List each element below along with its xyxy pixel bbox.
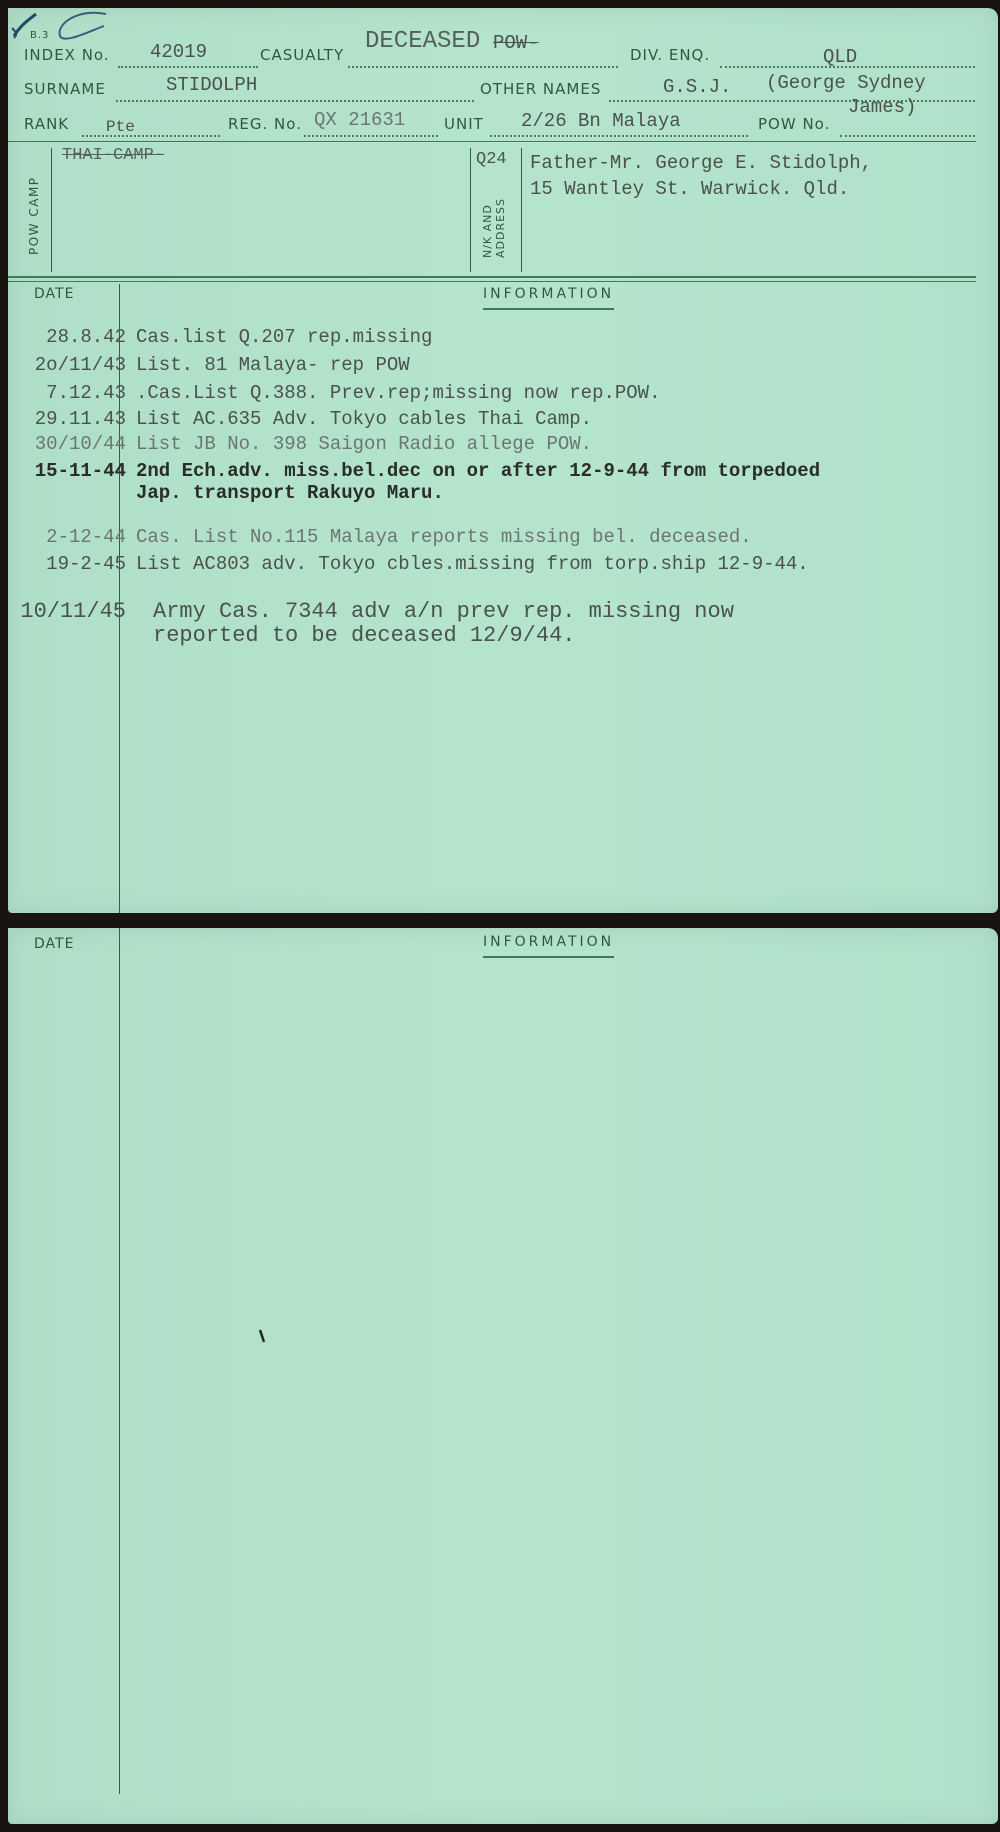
nok-label-line1: N/K AND <box>481 204 494 258</box>
rank-value: Pte <box>106 118 135 136</box>
entry-date: 29.11.43 <box>8 408 126 430</box>
nok-label-line2: ADDRESS <box>494 198 507 258</box>
pow-camp-label: POW CAMP <box>28 176 41 255</box>
date-column-header: DATE <box>34 286 74 302</box>
surname-value: STIDOLPH <box>166 74 257 96</box>
entry-text: 2nd Ech.adv. miss.bel.dec on or after 12… <box>136 460 820 504</box>
entry-text: List AC803 adv. Tokyo cbles.missing from… <box>136 553 809 575</box>
pen-annotation-mark <box>8 8 118 48</box>
casualty-index-card-reverse: DATE INFORMATION <box>8 928 998 1824</box>
date-column-header-reverse: DATE <box>34 936 74 952</box>
entry-date: 7.12.43 <box>8 382 126 404</box>
entry-date: 15-11-44 <box>8 460 126 482</box>
nok-address-line1: Father-Mr. George E. Stidolph, <box>530 152 872 174</box>
ink-speck <box>258 1328 268 1348</box>
index-no-label: INDEX No. <box>24 46 110 64</box>
casualty-index-card: B.3 INDEX No. 42019 CASUALTY DECEASED PO… <box>8 8 998 913</box>
entry-date: 30/10/44 <box>8 433 126 455</box>
entry-text: .Cas.List Q.388. Prev.rep;missing now re… <box>136 382 661 404</box>
entry-date: 2o/11/43 <box>8 354 126 376</box>
pow-camp-value: THAI-CAMP- <box>62 146 164 165</box>
unit-value: 2/26 Bn Malaya <box>521 110 681 132</box>
entry-text: Cas. List No.115 Malaya reports missing … <box>136 526 752 548</box>
entry-text: List AC.635 Adv. Tokyo cables Thai Camp. <box>136 408 592 430</box>
rank-label: RANK <box>24 115 69 133</box>
pow-no-label: POW No. <box>758 115 830 133</box>
nok-code: Q24 <box>476 150 507 169</box>
reg-no-label: REG. No. <box>228 115 302 133</box>
information-column-header: INFORMATION <box>483 286 614 310</box>
entry-text: List JB No. 398 Saigon Radio allege POW. <box>136 433 592 455</box>
information-column-header-reverse: INFORMATION <box>483 934 614 958</box>
other-names-label: OTHER NAMES <box>480 80 601 98</box>
surname-label: SURNAME <box>24 80 106 98</box>
unit-label: UNIT <box>444 115 484 133</box>
entry-date: 2-12-44 <box>8 526 126 548</box>
div-enq-label: DIV. ENQ. <box>630 46 710 64</box>
casualty-struck-value: POW- <box>493 32 539 54</box>
entry-text: Cas.list Q.207 rep.missing <box>136 326 432 348</box>
nok-address-line2: 15 Wantley St. Warwick. Qld. <box>530 178 849 200</box>
form-code: B.3 <box>30 30 49 41</box>
entry-text: List. 81 Malaya- rep POW <box>136 354 410 376</box>
entry-date: 19-2-45 <box>8 553 126 575</box>
entry-text: Army Cas. 7344 adv a/n prev rep. missing… <box>153 600 734 648</box>
entry-date: 28.8.42 <box>8 326 126 348</box>
casualty-value: DECEASED <box>365 28 480 55</box>
entry-date: 10/11/45 <box>0 600 126 624</box>
reg-no-value: QX 21631 <box>314 109 405 131</box>
other-names-full-line1: (George Sydney <box>766 72 926 94</box>
other-names-full-line2: James) <box>848 96 916 118</box>
casualty-label: CASUALTY <box>260 46 344 64</box>
index-no-value: 42019 <box>150 41 207 63</box>
div-enq-value: QLD <box>823 46 857 68</box>
other-names-value: G.S.J. <box>663 76 731 98</box>
